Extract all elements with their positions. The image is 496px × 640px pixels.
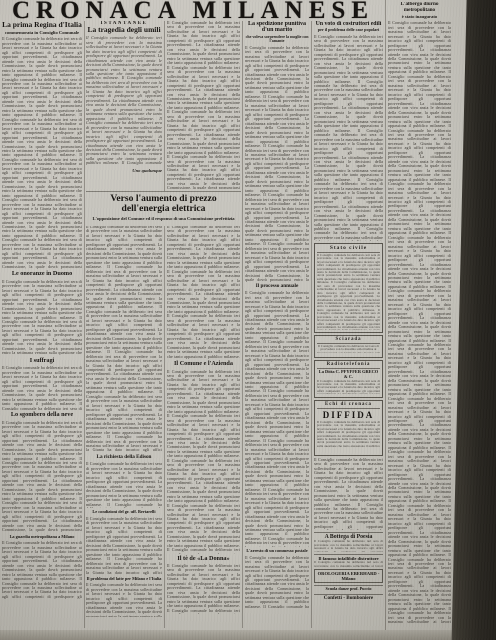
ad-distruttore: Il famoso infallibile distruttore Il Con… [314,554,383,567]
section-headline: Le condizioni del gr. uff. Bertarelli [86,510,162,515]
body-text: Il Consiglio comunale ha deliberato ieri… [314,540,383,552]
ad-title: Confetti - Bomboniere [314,596,383,602]
body-text: Il Consiglio comunale ha deliberato ieri… [314,35,383,241]
body-text: Il Consiglio comunale ha deliberato ieri… [86,583,162,617]
section-headline: Il problema del latte per Milano e l'Ita… [86,577,162,582]
body-text: Il Consiglio comunale ha deliberato ieri… [167,21,240,189]
column-1: La prima Regina d'Italia commemorata in … [2,21,82,628]
body-text: Il Consiglio comunale ha deliberato ieri… [167,225,240,359]
body-text: Il Consiglio comunale ha deliberato ieri… [317,421,380,447]
body-text: Il Consiglio comunale ha deliberato ieri… [2,280,82,356]
diffida-notice: DIFFIDA [317,410,380,420]
section-headline: L'arresto di un commesso postale [245,549,309,554]
body-text: Il Consiglio comunale ha deliberato ieri… [245,291,309,547]
article-headline: Verso l'aumento di prezzo dell'energia e… [86,194,241,214]
ad-title: OROLOGERIA EBERHARD - Milano [316,571,381,581]
stato-civile-box: Stato civile Il Consiglio comunale ha de… [314,243,383,333]
article-headline: La tragedia degli umili [86,26,162,34]
section-headline: Il processo annuale [245,284,309,289]
body-text: Il Consiglio comunale ha deliberato ieri… [2,366,82,410]
box-title: Stato civile [317,245,380,253]
ad-bottega-di-poesia: A Bottega di Poesia Il Consiglio comunal… [314,532,383,552]
box-title: Sciarada [317,337,380,344]
body-text: Il Consiglio comunale ha deliberato ieri… [317,345,380,353]
article-headline: La spedizione punitiva d'un marito [245,21,309,34]
body-text: Il Consiglio comunale ha deliberato ieri… [86,462,162,508]
section-headline: Il tè de «La Donna» [167,556,240,563]
ad-scuola-danze: Scuola danze prof. Puccio [314,585,383,592]
section-headline: I suffragi [2,358,82,365]
body-text: Il Consiglio comunale ha deliberato ieri… [86,36,162,166]
body-text: Il Consiglio comunale ha deliberato ieri… [86,517,162,575]
article-headline: L'albergo diurno metropolitano [388,2,451,13]
column-2-lower: Il Consiglio comunale ha deliberato ieri… [86,225,162,628]
body-text: Il Consiglio comunale ha deliberato ieri… [2,421,82,533]
article-subhead: per il problema delle case popolari [314,28,383,33]
body-text: Il Consiglio comunale ha deliberato ieri… [314,458,383,530]
body-text: Il Consiglio comunale ha deliberato ieri… [2,37,82,269]
article-subhead: che voleva sorprendere la moglie con l'a… [245,35,309,44]
body-text: Il Consiglio comunale ha deliberato ieri… [167,564,240,614]
column-divider [84,21,85,628]
column-4: La spedizione punitiva d'un marito che v… [245,21,309,628]
box-title: Echi di cronaca [317,402,380,409]
article-subhead: L'opposizione del Comune ed il responso … [86,216,241,221]
sciarada-box: Sciarada Il Consiglio comunale ha delibe… [314,335,383,358]
article-signature: Uno qualunque [86,168,162,173]
masthead-title: CRONACA MILANESE [0,0,386,20]
scan-bottom-edge [0,630,496,640]
section-headline: Le onoranze in Duomo [2,271,82,278]
body-text: Il Consiglio comunale ha deliberato ieri… [317,254,380,330]
radiotelefonia-box: Radiotelefonia La Ditta C. PFYFFER GRECO… [314,360,383,398]
section-headline: La richiesta della Edison [86,455,162,460]
body-text: Il Consiglio comunale ha deliberato ieri… [245,556,309,608]
column-divider [385,0,386,632]
column-3-upper: Il Consiglio comunale ha deliberato ieri… [167,21,240,189]
body-text: Il Consiglio comunale ha deliberato ieri… [314,561,383,567]
body-text: Il Consiglio comunale ha deliberato ieri… [167,370,240,554]
ad-brand-line: La Ditta C. PFYFFER GRECO & C. [317,370,380,380]
column-divider [164,21,165,628]
newspaper-page: CRONACA MILANESE La prima Regina d'Itali… [0,0,496,640]
body-text: Il Consiglio comunale ha deliberato ieri… [388,21,451,623]
article-headline: La prima Regina d'Italia [2,21,82,29]
spanning-article-head: Verso l'aumento di prezzo dell'energia e… [86,191,241,226]
column-divider [311,21,312,628]
column-divider [242,21,243,628]
body-text: Il Consiglio comunale ha deliberato ieri… [245,46,309,282]
body-text: Il Consiglio comunale ha deliberato ieri… [317,380,380,394]
article-subhead: è stato inaugurato [388,14,451,19]
section-headline: Il Comune e l'Azienda [167,361,240,368]
column-2-istantanee: ISTANTANEE La tragedia degli umili Il Co… [86,21,162,189]
ad-confetti-bomboniere: Confetti - Bomboniere [314,594,383,602]
column-6: L'albergo diurno metropolitano è stato i… [388,2,451,630]
echi-di-cronaca-box: Echi di cronaca DIFFIDA Il Consiglio com… [314,400,383,456]
body-text: Il Consiglio comunale ha deliberato ieri… [86,225,162,453]
box-title: Radiotelefonia [317,362,380,369]
column-5: Un voto di costruttori edili per il prob… [314,21,383,628]
section-headline: Lo sgombero della neve [2,412,82,419]
section-headline: La guardia metropolitana a Milano [2,535,82,540]
ad-title: Scuola danze prof. Puccio [314,587,383,592]
body-text: Il Consiglio comunale ha deliberato ieri… [2,541,82,599]
ad-orologeria-eberhard: OROLOGERIA EBERHARD - Milano [314,569,383,583]
column-3-lower: Il Consiglio comunale ha deliberato ieri… [167,225,240,628]
article-subhead: commemorata in Consiglio Comunale [2,30,82,35]
